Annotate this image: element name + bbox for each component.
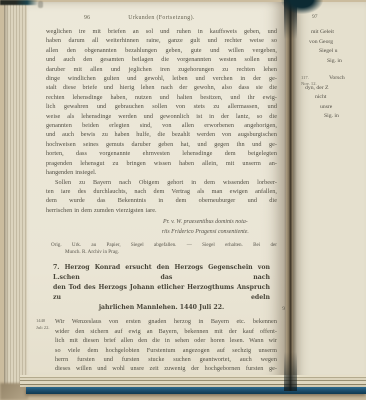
- running-header-title: Urkunden (Fortsetzung).: [128, 15, 195, 21]
- text-line: Vorsch: [329, 74, 345, 84]
- signature-block: Pr. v. W. praesentibus dominis nota-riis…: [134, 218, 277, 237]
- book-cover-edge: [26, 387, 366, 394]
- charter-text-paragraph: weglichen ire mit briefen an sol und ruh…: [46, 27, 277, 178]
- source-citation: Orig. Urk. au Papier, Siegel abgefallen.…: [46, 242, 277, 256]
- text-line: weise als lehensdinge werden und gewonnl…: [46, 112, 277, 121]
- ink-smudge: [38, 1, 43, 8]
- text-line: Sollen zu Bayern nach Obigem gehort in d…: [46, 178, 277, 187]
- left-book-page: 96 Urkunden (Fortsetzung). weglichen ire…: [27, 2, 286, 385]
- text-line: dem wurde das Bekenntnis in dem oberneub…: [46, 196, 277, 205]
- text-line: lich gewahren und gebrauchen sollen von …: [46, 102, 277, 111]
- facing-text-block-1: mit Geleitvon GeorgSiegel uSig. in: [299, 28, 342, 66]
- text-line: hangenden insiegel.: [46, 168, 277, 177]
- text-line: dyn, der Z: [305, 84, 345, 94]
- page-gutter: [284, 0, 297, 391]
- citation-line: Orig. Urk. au Papier, Siegel abgefallen.…: [51, 242, 277, 249]
- running-header: 96 Urkunden (Fortsetzung).: [46, 15, 277, 26]
- citation-line: Munch. R. Archiv in Prag.: [51, 249, 277, 256]
- text-line: allen den obgenannten bezahlungen geben,…: [46, 46, 277, 55]
- margin-date-note: 1440Juli 22.: [36, 318, 54, 331]
- text-line: und auch bewis zu haben hulfe, die bezah…: [46, 130, 277, 139]
- text-line: Wir Wenzeslaus von ersten gnaden herzog …: [46, 317, 277, 326]
- regest-heading: 9 7. Herzog Konrad ersucht den Herzogs G…: [46, 263, 277, 313]
- dating-paragraph: Sollen zu Bayern nach Obigem gehort in d…: [46, 178, 277, 216]
- text-line: hochweisen seines gemuts daruber geben h…: [46, 140, 277, 149]
- facing-page-number: 97: [312, 14, 318, 20]
- text-line: nicht: [315, 93, 345, 103]
- facing-text-block-2: Vorschdyn, der ZnichtunsreSig. in: [299, 74, 345, 122]
- page-number: 96: [84, 15, 90, 21]
- margin-note-line: Juli 22.: [36, 325, 54, 331]
- heading-line: jahrlichen Mannlehen. 1440 Juli 22.: [53, 303, 270, 313]
- text-line: unsre: [320, 103, 345, 113]
- text-line: Sig. in: [324, 112, 345, 122]
- text-line: mit Geleit: [311, 28, 342, 38]
- text-line: dieses willen und wohl unsre zeit zuweni…: [46, 364, 277, 373]
- text-line: und auch den gesamten beilagen die vorge…: [46, 55, 277, 64]
- left-page-content: 96 Urkunden (Fortsetzung). weglichen ire…: [46, 15, 277, 393]
- scanned-book-photo: 96 Urkunden (Fortsetzung). weglichen ire…: [0, 0, 366, 400]
- text-line: dinge windlichen gulten und gewohl, leib…: [46, 74, 277, 83]
- text-line: so viele dem hochgelobten Furstentum ang…: [46, 346, 277, 355]
- text-line: herrn fursten und fursten stucke suchen …: [46, 355, 277, 364]
- heading-line: den Tod des Herzogs Johann etlicher Herz…: [53, 283, 270, 303]
- heading-line: 7. Herzog Konrad ersucht den Herzogs Geg…: [53, 263, 270, 283]
- signature-line: riis Friderico Pragensi consentiente.: [134, 228, 277, 237]
- text-line: von Georg: [309, 38, 342, 48]
- text-line: weglichen ire mit briefen an sol und ruh…: [46, 27, 277, 36]
- background-dark-corner: [0, 0, 38, 5]
- right-book-page: 97 mit Geleitvon GeorgSiegel uSig. in 11…: [293, 2, 366, 384]
- text-line: horten, dass vorgenannte ehrnvesten lehe…: [46, 149, 277, 158]
- text-line: daruber mit allen und jeglichen iren zug…: [46, 65, 277, 74]
- text-line: wider den sichern auf ewig an Bayern, be…: [46, 327, 277, 336]
- text-line: rechten lehensdinge haben, nutzen und ha…: [46, 93, 277, 102]
- signature-line: Pr. v. W. praesentibus dominis nota-: [134, 218, 277, 227]
- text-line: Sig. in: [327, 57, 342, 67]
- text-line: lich mit diesen brief allen den die in s…: [46, 336, 277, 345]
- gutter-shadow-top: [281, 0, 323, 14]
- text-line: stalt diese briefe und hierig lehen nach…: [46, 83, 277, 92]
- text-line: ten iare des durchlauchts, nach dem Vert…: [46, 187, 277, 196]
- text-line: herrischen in dem zumden vierzigsten iar…: [46, 206, 277, 215]
- page-bottom-edges: [20, 375, 366, 387]
- text-line: Siegel u: [319, 47, 342, 57]
- left-pages-fore-edge: [4, 2, 28, 386]
- text-line: pragenden lehensgut zu bringen wissen ha…: [46, 159, 277, 168]
- text-line: genannten beiden erlegten sind, von alle…: [46, 121, 277, 130]
- text-line: haben darum all weiterhinnen raine, ganz…: [46, 36, 277, 45]
